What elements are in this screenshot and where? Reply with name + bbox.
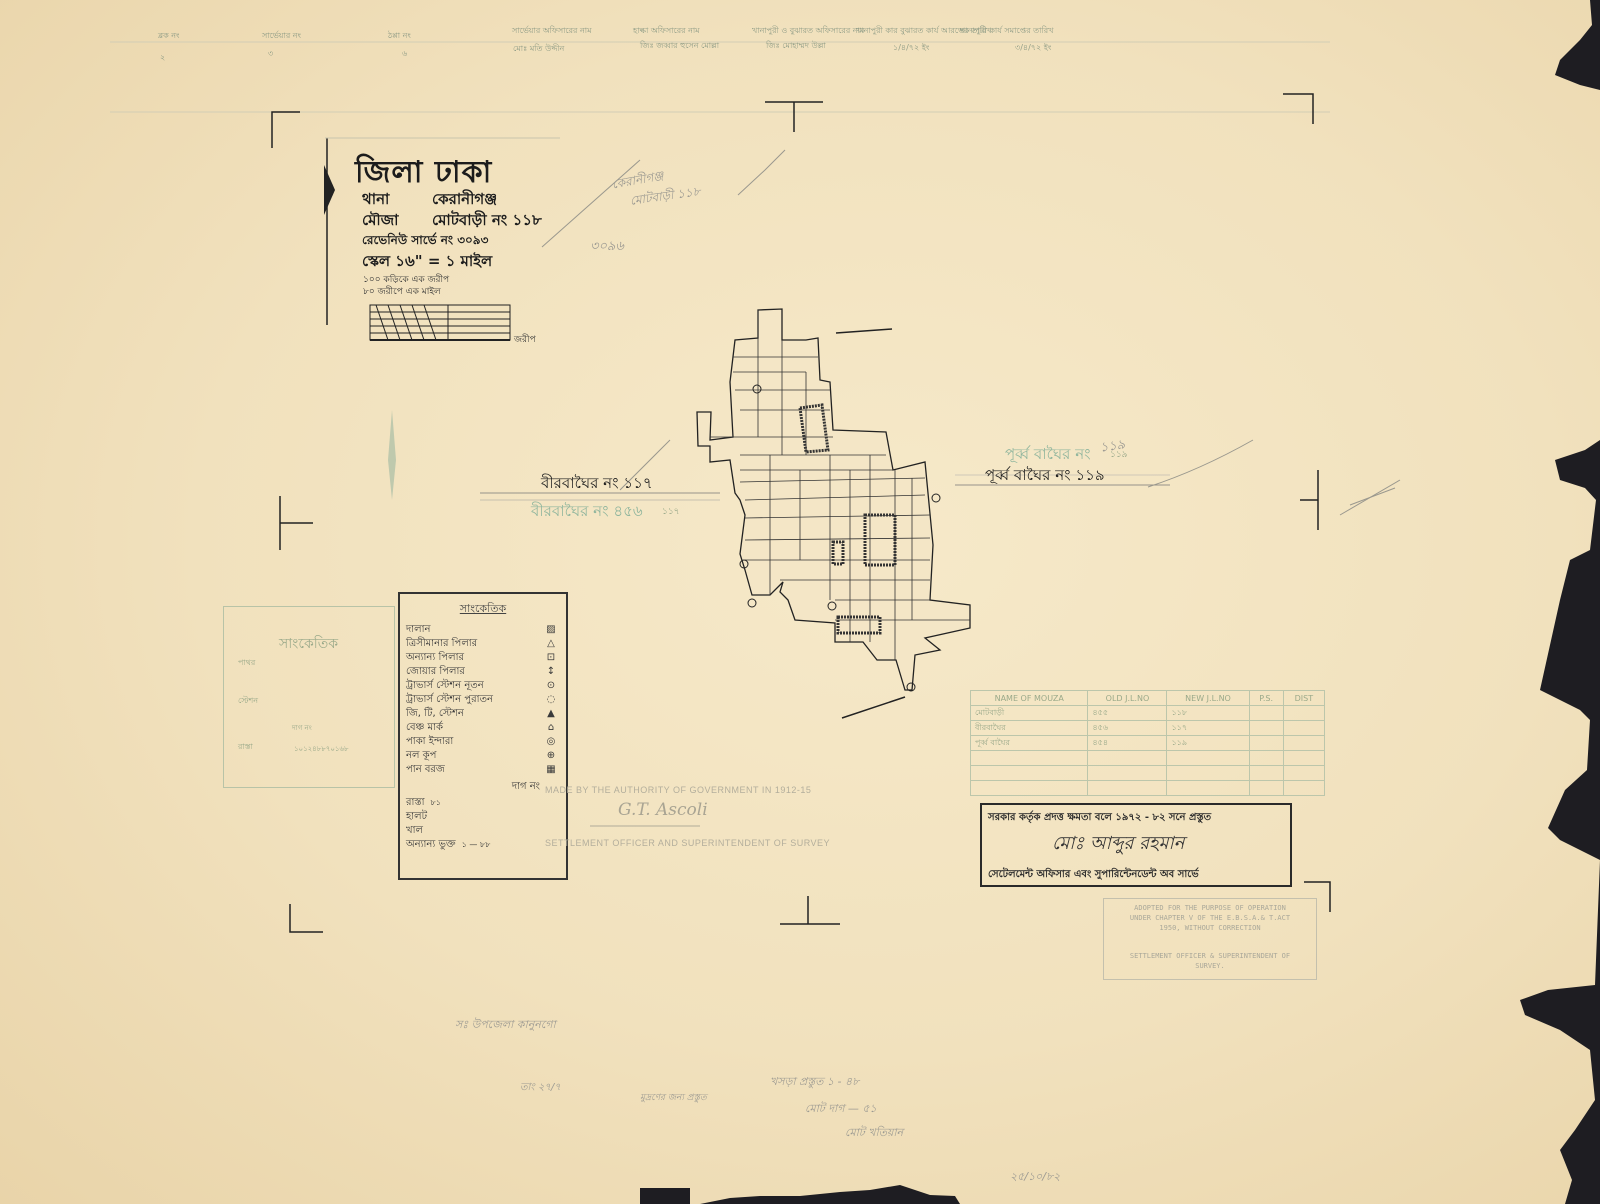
table-cell <box>1283 706 1324 721</box>
pencil-note: মোট দাগ — ৫১ <box>805 1100 877 1119</box>
map-linework <box>0 0 1600 1204</box>
neighbour-east-old-suffix: ১১৯ <box>1110 447 1128 462</box>
pencil-note: খসড়া প্রস্তুত ১ - ৪৮ <box>770 1073 859 1092</box>
table-cell <box>1249 766 1283 781</box>
table-row: বীরবাঘৈর৪৫৬১১৭ <box>971 721 1325 736</box>
old-legend-title: সাংকেতিক <box>279 632 338 656</box>
table-cell <box>971 766 1088 781</box>
legend-item: নল কূপ⊕ <box>406 749 560 763</box>
table-row <box>971 751 1325 766</box>
old-legend-row: রাস্তা <box>238 741 253 754</box>
pencil-note-number: ৩০৯৬ <box>590 237 624 258</box>
header-val-halka-officer: জিঃ জব্বার হুসেন মোল্লা <box>640 40 719 53</box>
plot-item-value: ১ — ৮৮ <box>462 838 491 852</box>
gt-station-icon: ▲ <box>542 707 560 721</box>
header-val-start-date: ১/৪/৭২ ইং <box>893 42 929 55</box>
legend-item-label: ট্রাভার্স স্টেশন পুরাতন <box>406 693 493 707</box>
stamp-line <box>1104 933 1316 951</box>
plot-number-header: দাগ নং <box>406 779 540 796</box>
pencil-note: ২৫/১০/৮২ <box>1010 1168 1060 1187</box>
authority-officer: SETTLEMENT OFFICER AND SUPERINTENDENT OF… <box>545 838 830 848</box>
table-cell: মোটবাড়ী <box>971 706 1088 721</box>
table-cell <box>1249 781 1283 796</box>
bench-mark-icon: ⌂ <box>542 721 560 735</box>
table-cell <box>1088 766 1167 781</box>
stamp-line: ADOPTED FOR THE PURPOSE OF OPERATION <box>1104 903 1316 913</box>
pencil-note: মুদ্রণের জন্য প্রস্তুত <box>640 1090 707 1105</box>
neighbour-west-old-label: বীরবাঘৈর নং ৪৫৬ <box>531 500 643 525</box>
table-row: মোটবাড়ী৪৫৫১১৮ <box>971 706 1325 721</box>
neighbour-east-old-label: পূর্ব্ব বাঘৈর নং <box>1005 443 1091 468</box>
legend-item: ট্রাভার্স স্টেশন নূতন⊙ <box>406 679 560 693</box>
legend-item-label: পাকা ইন্দারা <box>406 735 453 749</box>
table-cell <box>971 781 1088 796</box>
legend-item: ট্রাভার্স স্টেশন পুরাতন◌ <box>406 693 560 707</box>
header-col-khanapuri-officer: খানাপুরী ও বুঝারত অফিসারের নাম <box>752 25 864 38</box>
plot-item: খাল <box>406 824 560 838</box>
adoption-stamp: ADOPTED FOR THE PURPOSE OF OPERATION UND… <box>1103 898 1317 980</box>
table-cell <box>1088 751 1167 766</box>
plot-item-label: হালট <box>406 810 427 824</box>
tri-junction-pillar-icon: △ <box>542 637 560 651</box>
table-header-row: NAME OF MOUZA OLD J.L.NO NEW J.L.NO P.S.… <box>971 691 1325 706</box>
legend-box: সাংকেতিক দালান▨ ত্রিসীমানার পিলার△ অন্যা… <box>398 592 568 880</box>
mouza-label: মৌজা <box>362 209 398 234</box>
scale-bar-label: জরীপ <box>514 332 536 347</box>
legend-item-label: পান বরজ <box>406 763 445 777</box>
preparation-officer: সেটেলমেন্ট অফিসার এবং সুপারিন্টেনডেন্ট অ… <box>988 867 1199 884</box>
header-col-end-date: খানাপুরী কার্য সমাপ্তের তারিখ <box>960 25 1053 38</box>
plot-item-label: খাল <box>406 824 423 838</box>
header-col-surveyor: সার্ভেয়ার নং <box>262 30 301 43</box>
pencil-note: সঃ উপজেলা কানুনগো <box>455 1016 556 1035</box>
table-row <box>971 766 1325 781</box>
old-traverse-station-icon: ◌ <box>542 693 560 707</box>
legend-item: জি, টি, স্টেশন▲ <box>406 707 560 721</box>
table-cell <box>1283 736 1324 751</box>
table-cell <box>1249 721 1283 736</box>
authority-made-by: MADE BY THE AUTHORITY OF GOVERNMENT IN 1… <box>545 785 811 795</box>
table-cell: পূর্ব্ব বাঘৈর <box>971 736 1088 751</box>
old-legend-road-value: ১০১২৪৮৮৭০১৬৮ <box>294 743 349 755</box>
table-cell <box>971 751 1088 766</box>
other-pillar-icon: ⊡ <box>542 651 560 665</box>
table-cell: ৪৫৬ <box>1088 721 1167 736</box>
preparation-box: সরকার কর্তৃক প্রদত্ত ক্ষমতা বলে ১৯৭২ - ৮… <box>980 803 1292 887</box>
plot-item-value: ৮১ <box>431 796 441 810</box>
table-cell <box>1249 706 1283 721</box>
table-header: DIST <box>1283 691 1324 706</box>
map-sheet: ব্লক নং সার্ভেয়ার নং ঠপ্পা নং সার্ভেয়া… <box>0 0 1600 1204</box>
table-row <box>971 781 1325 796</box>
header-val-stamp: ৬ <box>402 48 407 61</box>
legend-item: বেঞ্চ মার্ক⌂ <box>406 721 560 735</box>
table-header: NEW J.L.NO <box>1167 691 1249 706</box>
legend-item: অন্যান্য পিলার⊡ <box>406 651 560 665</box>
tidal-pillar-icon: ↕ <box>542 665 560 679</box>
table-row: পূর্ব্ব বাঘৈর৪৫৪১১৯ <box>971 736 1325 751</box>
neighbour-west-old-suffix: ১১৭ <box>662 504 680 519</box>
legend-item: জোয়ার পিলার↕ <box>406 665 560 679</box>
header-col-survey-officer: সার্ভেয়ার অফিসারের নাম <box>512 25 592 38</box>
plot-item-label: অন্যান্য ভুক্ত <box>406 838 456 852</box>
table-cell: ৪৫৪ <box>1088 736 1167 751</box>
stamp-line: SETTLEMENT OFFICER & SUPERINTENDENT OF <box>1104 951 1316 961</box>
legend-item-label: অন্যান্য পিলার <box>406 651 464 665</box>
header-col-halka-officer: হাল্কা অফিসারের নাম <box>633 25 700 38</box>
header-val-khanapuri-officer: জিঃ মোহাম্মদ উল্লা <box>766 40 826 53</box>
table-cell <box>1249 751 1283 766</box>
table-cell <box>1283 721 1324 736</box>
building-icon: ▨ <box>542 623 560 637</box>
table-cell: বীরবাঘৈর <box>971 721 1088 736</box>
legend-item: দালান▨ <box>406 623 560 637</box>
legend-item-label: জি, টি, স্টেশন <box>406 707 464 721</box>
betel-garden-icon: ▦ <box>542 763 560 777</box>
preparation-signature: মোঃ আব্দুর রহমান <box>1052 829 1184 860</box>
table-cell: ১১৯ <box>1167 736 1249 751</box>
table-cell <box>1167 781 1249 796</box>
header-val-survey-officer: মোঃ মতি উদ্দীন <box>513 43 564 56</box>
tube-well-icon: ⊕ <box>542 749 560 763</box>
revenue-survey-number: রেভেনিউ সার্ভে নং ৩০৯৩ <box>362 232 488 252</box>
table-cell <box>1283 766 1324 781</box>
stamp-line: SURVEY. <box>1104 961 1316 971</box>
table-header: NAME OF MOUZA <box>971 691 1088 706</box>
table-cell: ১১৭ <box>1167 721 1249 736</box>
mouza-table: NAME OF MOUZA OLD J.L.NO NEW J.L.NO P.S.… <box>970 690 1325 796</box>
legend-item: পান বরজ▦ <box>406 763 560 777</box>
masonry-well-icon: ◎ <box>542 735 560 749</box>
table-cell <box>1283 781 1324 796</box>
old-legend-row: পাথর <box>238 657 255 670</box>
table-cell <box>1167 751 1249 766</box>
plot-item-label: রাস্তা <box>406 796 425 810</box>
table-header: OLD J.L.NO <box>1088 691 1167 706</box>
legend-item-label: ত্রিসীমানার পিলার <box>406 637 477 651</box>
legend-item-label: বেঞ্চ মার্ক <box>406 721 443 735</box>
plot-item: অন্যান্য ভুক্ত১ — ৮৮ <box>406 838 560 852</box>
table-cell <box>1167 766 1249 781</box>
table-cell <box>1283 751 1324 766</box>
header-col-block: ব্লক নং <box>158 30 179 43</box>
legend-item: ত্রিসীমানার পিলার△ <box>406 637 560 651</box>
authority-signature: G.T. Ascoli <box>618 800 708 820</box>
neighbour-west-label: বীরবাঘৈর নং ১১৭ <box>541 472 653 497</box>
legend-item-label: দালান <box>406 623 430 637</box>
legend-item: পাকা ইন্দারা◎ <box>406 735 560 749</box>
stamp-line: UNDER CHAPTER V OF THE E.B.S.A.& T.ACT <box>1104 913 1316 923</box>
preparation-authority: সরকার কর্তৃক প্রদত্ত ক্ষমতা বলে ১৯৭২ - ৮… <box>988 810 1211 827</box>
table-cell <box>1249 736 1283 751</box>
old-legend-row: স্টেশন <box>238 695 258 708</box>
old-legend-box: সাংকেতিক পাথর স্টেশন দাগ নং রাস্তা ১০১২৪… <box>223 606 395 788</box>
old-legend-row: দাগ নং <box>292 722 312 734</box>
legend-item-label: নল কূপ <box>406 749 436 763</box>
mouza-name: মোটবাড়ী নং ১১৮ <box>432 209 542 234</box>
table-cell <box>1088 781 1167 796</box>
header-val-end-date: ৩/৪/৭২ ইং <box>1015 42 1051 55</box>
legend-item-label: জোয়ার পিলার <box>406 665 465 679</box>
stamp-line: 1950, WITHOUT CORRECTION <box>1104 923 1316 933</box>
header-col-stamp: ঠপ্পা নং <box>388 30 411 43</box>
pencil-note: মোট খতিয়ান <box>845 1124 903 1143</box>
legend-item-label: ট্রাভার্স স্টেশন নূতন <box>406 679 484 693</box>
table-cell: ৪৫৫ <box>1088 706 1167 721</box>
header-val-surveyor: ৩ <box>268 48 273 61</box>
plot-item: রাস্তা৮১ <box>406 796 560 810</box>
legend-title: সাংকেতিক <box>406 600 560 619</box>
header-val-block: ২ <box>160 52 165 65</box>
pencil-note: তাং ২৭/৭ <box>520 1080 561 1097</box>
table-header: P.S. <box>1249 691 1283 706</box>
scale-note-2: ৮০ জরীপে এক মাইল <box>363 284 441 299</box>
plot-item: হালট <box>406 810 560 824</box>
new-traverse-station-icon: ⊙ <box>542 679 560 693</box>
table-cell: ১১৮ <box>1167 706 1249 721</box>
